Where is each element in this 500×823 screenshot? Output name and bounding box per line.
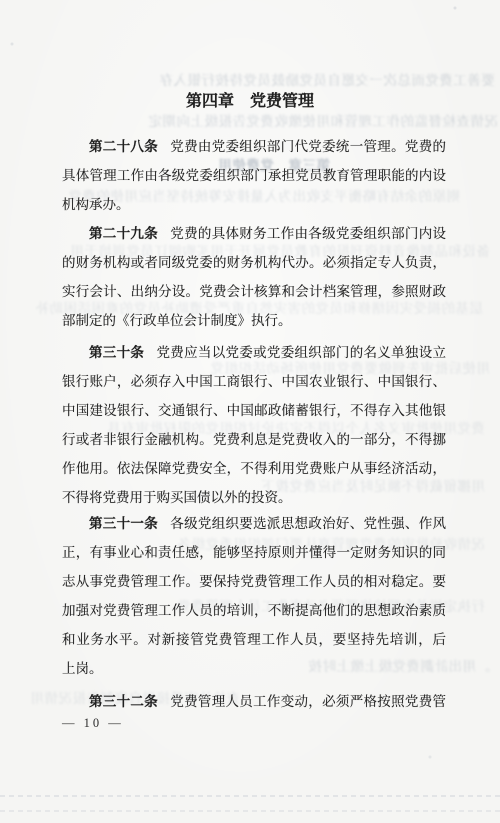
scan-streak	[0, 810, 500, 812]
article-28: 第二十八条党费由党委组织部门代党委统一管理。党费的 具体管理工作由各级党委组织部…	[62, 132, 446, 219]
article-term: 第二十九条	[89, 226, 158, 241]
text-line: 和业务水平。对新接管党费管理工作人员，要坚持先培训，后	[62, 625, 446, 654]
text-line: 作他用。依法保障党费安全，不得利用党费账户从事经济活动，	[62, 454, 446, 483]
text-line: 上岗。	[62, 654, 446, 683]
article-30: 第三十条党费应当以党委或党委组织部门的名义单独设立 银行账户，必须存入中国工商银…	[62, 338, 446, 512]
text-line: 部制定的《行政单位会计制度》执行。	[62, 306, 446, 335]
article-32: 第三十二条党费管理人员工作变动，必须严格按照党费管	[62, 687, 446, 716]
text-line: 银行账户，必须存入中国工商银行、中国农业银行、中国银行、	[62, 367, 446, 396]
text-line: 第二十八条党费由党委组织部门代党委统一管理。党费的	[62, 132, 446, 161]
text-line: 实行会计、出纳分设。党费会计核算和会计档案管理，参照财政	[62, 277, 446, 306]
article-text: 党费由党委组织部门代党委统一管理。党费的	[170, 139, 446, 154]
page-number: — 10 —	[62, 714, 124, 732]
text-line: 志从事党费管理工作。要保持党费管理工作人员的相对稳定。要	[62, 567, 446, 596]
text-line: 具体管理工作由各级党委组织部门承担党员教育管理职能的内设	[62, 161, 446, 190]
article-text: 党费应当以党委或党委组织部门的名义单独设立	[156, 345, 446, 360]
text-line: 不得将党费用于购买国债以外的投资。	[62, 483, 446, 512]
article-31: 第三十一条各级党组织要选派思想政治好、党性强、作风 正，有事业心和责任感，能够坚…	[62, 509, 446, 683]
article-29: 第二十九条党费的具体财务工作由各级党委组织部门内设 的财务机构或者同级党委的财务…	[62, 219, 446, 335]
text-line: 机构承办。	[62, 190, 446, 219]
text-line: 第三十条党费应当以党委或党委组织部门的名义单独设立	[62, 338, 446, 367]
text-line: 正，有事业心和责任感，能够坚持原则并懂得一定财务知识的同	[62, 538, 446, 567]
chapter-title: 第四章 党费管理	[0, 92, 500, 112]
text-line: 第三十一条各级党组织要选派思想政治好、党性强、作风	[62, 509, 446, 538]
article-term: 第三十二条	[89, 694, 158, 709]
article-text: 党费的具体财务工作由各级党委组织部门内设	[170, 226, 446, 241]
article-term: 第三十条	[89, 345, 144, 360]
text-line: 的财务机构或者同级党委的财务机构代办。必须指定专人负责，	[62, 248, 446, 277]
text-line: 加强对党费管理工作人员的培训，不断提高他们的思想政治素质	[62, 596, 446, 625]
article-text: 党费管理人员工作变动，必须严格按照党费管	[170, 694, 446, 709]
scan-streak	[0, 795, 500, 797]
text-line: 第二十九条党费的具体财务工作由各级党委组织部门内设	[62, 219, 446, 248]
bleedthrough-line: 要善工费党而总次一交愿自员党励鼓员党待按行银入存	[55, 72, 495, 89]
document-page: 要善工费党而总次一交愿自员党励鼓员党待按行银入存 况情查检督监的作工理管和用使缴…	[0, 0, 500, 823]
text-line: 第三十二条党费管理人员工作变动，必须严格按照党费管	[62, 687, 446, 716]
article-text: 各级党组织要选派思想政治好、党性强、作风	[170, 516, 446, 531]
bleedthrough-line: 况情查检督监的作工理管和用使缴收费党告报级上向期定	[2, 113, 498, 130]
article-term: 第三十一条	[89, 516, 158, 531]
text-line: 中国建设银行、交通银行、中国邮政储蓄银行，不得存入其他银	[62, 396, 446, 425]
text-line: 行或者非银行金融机构。党费利息是党费收入的一部分，不得挪	[62, 425, 446, 454]
article-term: 第二十八条	[89, 139, 158, 154]
